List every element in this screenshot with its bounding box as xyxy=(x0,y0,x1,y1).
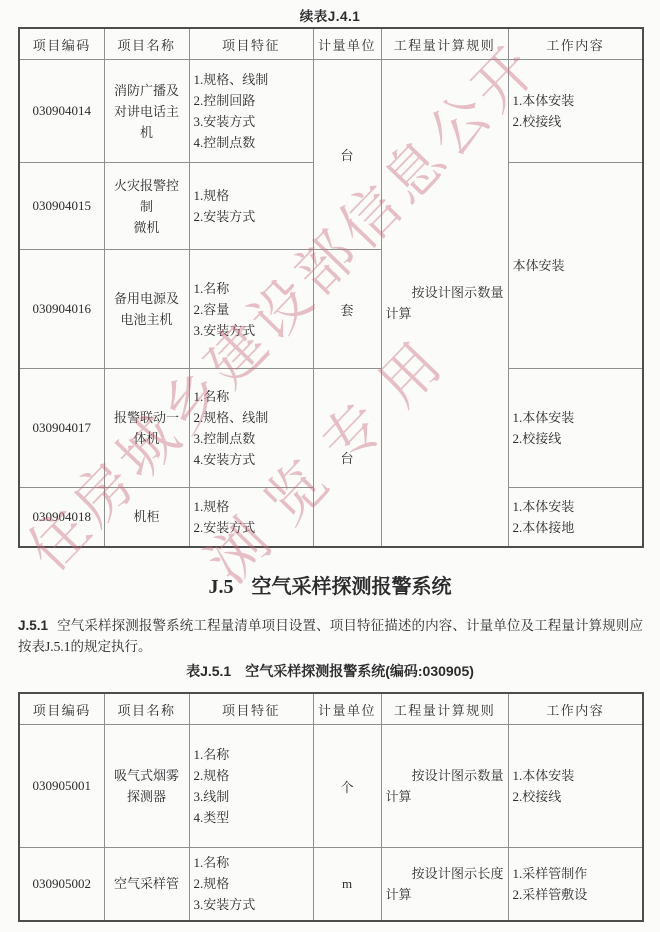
col-header-work: 工作内容 xyxy=(508,693,643,725)
code-cell: 030904014 xyxy=(19,60,104,163)
code-cell: 030905001 xyxy=(19,725,104,848)
work-cell: 1.本体安装 2.校接线 xyxy=(508,725,643,848)
col-header-rule: 工程量计算规则 xyxy=(381,28,508,60)
table-row: 030905001 吸气式烟雾 探测器 1.名称 2.规格 3.线制 4.类型 … xyxy=(19,725,643,848)
features-cell: 1.规格 2.安装方式 xyxy=(189,163,313,250)
section-title: 空气采样探测报警系统 xyxy=(252,576,452,598)
code-cell: 030904016 xyxy=(19,250,104,369)
work-cell: 1.本体安装 2.校接线 xyxy=(508,369,643,488)
name-cell: 机柜 xyxy=(104,488,189,547)
table-header-row: 项目编码 项目名称 项目特征 计量单位 工程量计算规则 工作内容 xyxy=(19,28,643,60)
unit-cell: m xyxy=(313,848,381,921)
features-cell: 1.名称 2.规格、线制 3.控制点数 4.安装方式 xyxy=(189,369,313,488)
col-header-rule: 工程量计算规则 xyxy=(381,693,508,725)
code-cell: 030905002 xyxy=(19,848,104,921)
name-cell: 消防广播及 对讲电话主机 xyxy=(104,60,189,163)
col-header-name: 项目名称 xyxy=(104,693,189,725)
clause-text: 空气采样探测报警系统工程量清单项目设置、项目特征描述的内容、计量单位及工程量计算… xyxy=(18,618,643,654)
col-header-features: 项目特征 xyxy=(189,693,313,725)
col-header-work: 工作内容 xyxy=(508,28,643,60)
unit-cell: 台 xyxy=(313,369,381,547)
rule-cell: 按设计图示数量 计算 xyxy=(381,60,508,547)
table-row: 030904017 报警联动一 体机 1.名称 2.规格、线制 3.控制点数 4… xyxy=(19,369,643,488)
name-cell: 火灾报警控制 微机 xyxy=(104,163,189,250)
work-cell: 1.本体安装 2.校接线 xyxy=(508,60,643,163)
section-number: J.5 xyxy=(209,576,234,598)
table-header-row: 项目编码 项目名称 项目特征 计量单位 工程量计算规则 工作内容 xyxy=(19,693,643,725)
code-cell: 030904015 xyxy=(19,163,104,250)
document-page: 续表J.4.1 项目编码 项目名称 项目特征 计量单位 工程量计算规则 工作内容… xyxy=(0,0,660,932)
code-cell: 030904017 xyxy=(19,369,104,488)
work-cell: 1.本体安装 2.本体接地 xyxy=(508,488,643,547)
code-cell: 030904018 xyxy=(19,488,104,547)
features-cell: 1.规格 2.安装方式 xyxy=(189,488,313,547)
rule-cell: 按设计图示数量 计算 xyxy=(381,725,508,848)
col-header-code: 项目编码 xyxy=(19,693,104,725)
clause-number: J.5.1 xyxy=(18,618,48,633)
col-header-features: 项目特征 xyxy=(189,28,313,60)
features-cell: 1.名称 2.规格 3.安装方式 xyxy=(189,848,313,921)
table-j51-caption: 表J.5.1 空气采样探测报警系统(编码:030905) xyxy=(0,661,660,681)
col-header-unit: 计量单位 xyxy=(313,28,381,60)
table-j51: 项目编码 项目名称 项目特征 计量单位 工程量计算规则 工作内容 0309050… xyxy=(18,692,644,922)
section-heading: J.5空气采样探测报警系统 xyxy=(0,570,660,599)
unit-cell: 台 xyxy=(313,60,381,250)
table-row: 030905002 空气采样管 1.名称 2.规格 3.安装方式 m 按设计图示… xyxy=(19,848,643,921)
features-cell: 1.名称 2.容量 3.安装方式 xyxy=(189,250,313,369)
features-cell: 1.名称 2.规格 3.线制 4.类型 xyxy=(189,725,313,848)
col-header-code: 项目编码 xyxy=(19,28,104,60)
continued-table-title: 续表J.4.1 xyxy=(0,5,660,25)
clause-paragraph: J.5.1空气采样探测报警系统工程量清单项目设置、项目特征描述的内容、计量单位及… xyxy=(18,615,643,657)
name-cell: 空气采样管 xyxy=(104,848,189,921)
unit-cell: 套 xyxy=(313,250,381,369)
col-header-name: 项目名称 xyxy=(104,28,189,60)
table-row: 030904014 消防广播及 对讲电话主机 1.规格、线制 2.控制回路 3.… xyxy=(19,60,643,163)
unit-cell: 个 xyxy=(313,725,381,848)
work-cell: 1.采样管制作 2.采样管敷设 xyxy=(508,848,643,921)
name-cell: 报警联动一 体机 xyxy=(104,369,189,488)
features-cell: 1.规格、线制 2.控制回路 3.安装方式 4.控制点数 xyxy=(189,60,313,163)
name-cell: 吸气式烟雾 探测器 xyxy=(104,725,189,848)
name-cell: 备用电源及 电池主机 xyxy=(104,250,189,369)
col-header-unit: 计量单位 xyxy=(313,693,381,725)
rule-cell: 按设计图示长度 计算 xyxy=(381,848,508,921)
table-j41-continued: 项目编码 项目名称 项目特征 计量单位 工程量计算规则 工作内容 0309040… xyxy=(18,27,644,548)
work-cell: 本体安装 xyxy=(508,163,643,369)
